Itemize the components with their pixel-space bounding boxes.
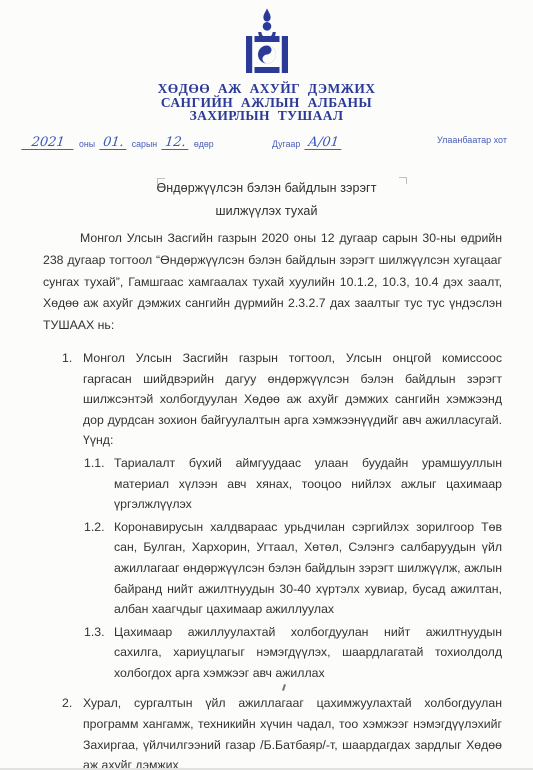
- item-text: Хурал, сургалтын үйл ажиллагааг цахимжуу…: [83, 693, 502, 770]
- month-value-handwritten: 01.: [99, 137, 127, 150]
- item-number: 2.: [62, 693, 83, 770]
- day-value-handwritten: 12.: [161, 137, 189, 150]
- org-name-line-3: ЗАХИРЛЫН ТУШААЛ: [0, 109, 533, 123]
- document-body: Монгол Улсын Засгийн газрын 2020 оны 12 …: [43, 228, 502, 770]
- subitem-number: 1.1.: [84, 453, 114, 515]
- preamble-paragraph: Монгол Улсын Засгийн газрын 2020 оны 12 …: [43, 228, 502, 337]
- order-subitem-1-3: 1.3. Цахимаар ажиллуулахтай холбогдуулан…: [84, 622, 502, 684]
- corner-mark-left: [157, 178, 165, 185]
- item-number: 1.: [62, 348, 83, 451]
- subitem-number: 1.3.: [84, 622, 114, 684]
- order-number-label: Дугаар: [272, 139, 300, 150]
- document-title: Өндөржүүлсэн бэлэн байдлын зэрэгт шилжүү…: [0, 177, 533, 223]
- document-title-line-2: шилжүүлэх тухай: [0, 200, 533, 223]
- corner-mark-right: [399, 177, 407, 184]
- month-label: сарын: [132, 139, 157, 150]
- order-item-2: 2. Хурал, сургалтын үйл ажиллагааг цахим…: [62, 693, 502, 770]
- city-label: Улаанбаатар хот: [437, 135, 507, 145]
- org-name-line-2: САНГИЙН АЖЛЫН АЛБАНЫ: [0, 96, 533, 110]
- org-name-line-1: ХӨДӨӨ АЖ АХУЙГ ДЭМЖИХ: [0, 82, 533, 96]
- order-item-1: 1. Монгол Улсын Засгийн газрын тогтоол, …: [62, 348, 502, 451]
- soyombo-emblem: [0, 8, 533, 74]
- date-group: 2021 оны 01. сарын 12. өдөр: [22, 137, 214, 150]
- subitem-text: Коронавирусын халдвараас урьдчилан сэрги…: [114, 517, 502, 620]
- document-page: ХӨДӨӨ АЖ АХУЙГ ДЭМЖИХ САНГИЙН АЖЛЫН АЛБА…: [0, 0, 533, 770]
- year-value-handwritten: 2021: [21, 137, 74, 150]
- date-line: 2021 оны 01. сарын 12. өдөр Дугаар А/01 …: [22, 127, 511, 151]
- order-number-handwritten: А/01: [305, 137, 343, 150]
- item-text: Монгол Улсын Засгийн газрын тогтоол, Улс…: [83, 348, 502, 451]
- order-subitem-1-1: 1.1. Тариалалт бүхий аймгуудаас улаан бу…: [84, 453, 502, 515]
- order-number-group: Дугаар А/01: [272, 137, 342, 150]
- order-subitem-1-2: 1.2. Коронавирусын халдвараас урьдчилан …: [84, 517, 502, 620]
- org-name: ХӨДӨӨ АЖ АХУЙГ ДЭМЖИХ САНГИЙН АЖЛЫН АЛБА…: [0, 82, 533, 123]
- subitem-text: Тариалалт бүхий аймгуудаас улаан буудайн…: [114, 453, 502, 515]
- year-label: оны: [79, 139, 95, 150]
- day-label: өдөр: [194, 139, 214, 150]
- soyombo-emblem-graphic: [242, 8, 292, 74]
- subitem-text: Цахимаар ажиллуулахтай холбогдуулан нийт…: [114, 622, 502, 684]
- document-title-line-1: Өндөржүүлсэн бэлэн байдлын зэрэгт: [0, 177, 533, 200]
- subitem-number: 1.2.: [84, 517, 114, 620]
